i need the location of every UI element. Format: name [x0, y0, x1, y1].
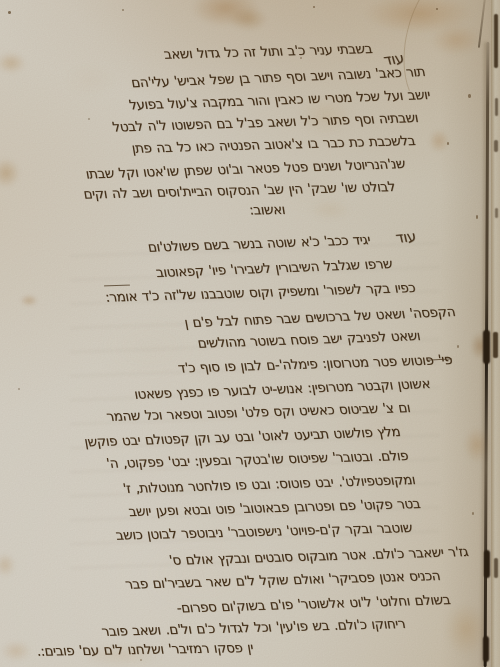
page-edge-mark — [494, 558, 498, 578]
handwriting-line: ין פסקו רמזיבר' ושלחנו ל'ם עם' פובים:. — [48, 636, 255, 663]
handwriting-line: ואשוב: — [48, 199, 287, 225]
page-edge-mark — [495, 98, 498, 116]
paragraph: יגיד ככב' כ'א שוטה בנשר בשם פשולט'וםשרפו… — [50, 228, 470, 660]
page-edge-mark — [493, 332, 498, 358]
crack-blob — [483, 330, 490, 364]
paragraph-marker: עוד — [382, 51, 406, 69]
fore-edge-strip — [491, 0, 500, 667]
handwritten-text-block: בשבתי עניר כ'ב ותול זה כל גדול ושאבתור כ… — [50, 38, 470, 660]
page-edge-mark — [494, 140, 498, 152]
page-edge-mark — [495, 208, 498, 218]
crack-blob — [483, 636, 489, 662]
paragraph: בשבתי עניר כ'ב ותול זה כל גדול ושאבתור כ… — [50, 38, 470, 222]
paragraph-marker: עוד — [394, 229, 417, 246]
manuscript-photo: בשבתי עניר כ'ב ותול זה כל גדול ושאבתור כ… — [0, 0, 500, 667]
crack-blob — [484, 550, 490, 578]
page-edge-mark — [494, 14, 498, 68]
